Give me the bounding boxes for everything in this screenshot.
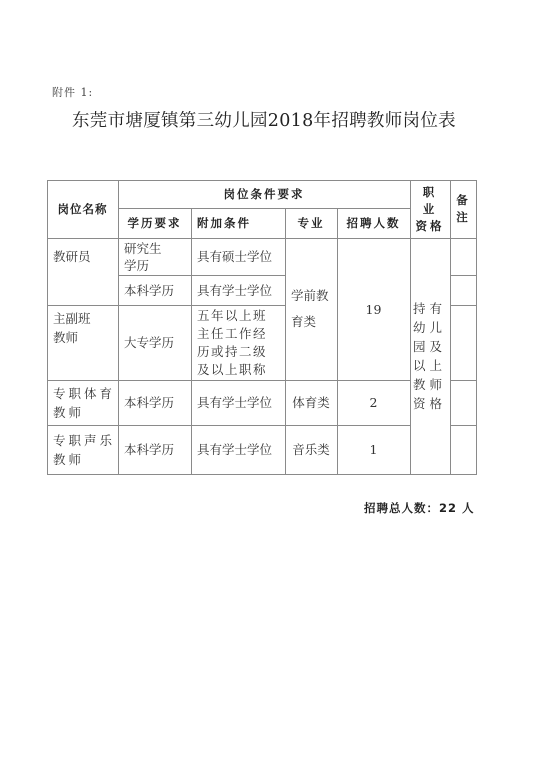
row-education: 本科学历 <box>118 380 191 425</box>
row-position: 专职体育教师 <box>47 380 118 425</box>
row-position-text: 主副班教师 <box>53 309 93 347</box>
qualification-text: 持有幼儿园及以上教师资格 <box>413 299 447 413</box>
row-position-text: 专职体育教师 <box>53 384 115 422</box>
header-education: 学历要求 <box>118 208 191 238</box>
header-remarks: 备 注 <box>450 180 476 238</box>
preschool-major: 学前教育类 <box>285 238 337 380</box>
row-education-text: 研究生学历 <box>124 240 164 274</box>
qualification-cell: 持有幼儿园及以上教师资格 <box>410 238 450 474</box>
row-additional: 具有学士学位 <box>191 380 285 425</box>
row-count: 1 <box>337 425 410 474</box>
row-education: 本科学历 <box>118 275 191 305</box>
header-additional: 附加条件 <box>191 208 285 238</box>
row-major: 音乐类 <box>285 425 337 474</box>
document-title: 东莞市塘厦镇第三幼儿园2018年招聘教师岗位表 <box>72 107 456 132</box>
header-requirements: 岗位条件要求 <box>118 180 410 208</box>
row-major: 体育类 <box>285 380 337 425</box>
row-position-text: 专职声乐教师 <box>53 431 115 469</box>
row-education: 研究生学历 <box>118 238 191 275</box>
attachment-label: 附件 1: <box>52 84 93 100</box>
table-border-right <box>476 180 477 475</box>
row-additional: 具有硕士学位 <box>191 238 285 275</box>
row-education: 大专学历 <box>118 305 191 380</box>
preschool-count: 19 <box>337 238 410 380</box>
table-divider <box>450 275 477 276</box>
header-qualification-text: 职 业 资格 <box>414 184 446 235</box>
row-additional: 五年以上班主任工作经历或持二级及以上职称 <box>191 305 285 380</box>
preschool-major-text: 学前教育类 <box>291 283 333 335</box>
row-count: 2 <box>337 380 410 425</box>
header-position-name: 岗位名称 <box>47 180 118 238</box>
recruitment-table: 岗位名称 岗位条件要求 学历要求 附加条件 专业 招聘人数 职 业 资格 备 注… <box>47 180 477 475</box>
table-divider <box>450 425 477 426</box>
total-recruitment: 招聘总人数：22 人 <box>364 500 475 516</box>
table-divider <box>450 305 477 306</box>
table-border-bottom <box>47 474 477 475</box>
row-additional-text: 五年以上班主任工作经历或持二级及以上职称 <box>197 307 277 379</box>
row-position: 主副班教师 <box>47 275 118 380</box>
row-additional: 具有学士学位 <box>191 275 285 305</box>
header-remarks-text: 备 注 <box>456 192 470 226</box>
row-education: 本科学历 <box>118 425 191 474</box>
row-position: 教研员 <box>47 238 118 275</box>
row-additional: 具有学士学位 <box>191 425 285 474</box>
header-qualification: 职 业 资格 <box>410 180 450 238</box>
table-divider <box>450 380 477 381</box>
header-count: 招聘人数 <box>337 208 410 238</box>
header-major: 专业 <box>285 208 337 238</box>
row-position: 专职声乐教师 <box>47 425 118 474</box>
